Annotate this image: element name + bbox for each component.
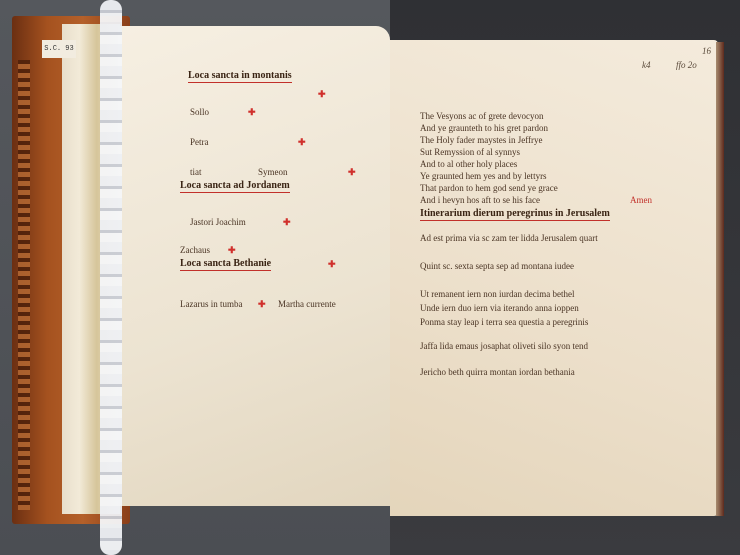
shelfmark-label: S.C. 93 — [42, 40, 76, 58]
prose-heading: Itinerarium dierum peregrinus in Jerusal… — [420, 208, 610, 221]
left-page: Loca sancta in montanis Sollo Petra tiat… — [118, 26, 390, 506]
folio-mark: ffo 2o — [676, 60, 697, 70]
cover-tooling — [18, 60, 30, 510]
cross-icon: ✚ — [328, 258, 336, 270]
cross-icon: ✚ — [298, 136, 306, 148]
verse-line: The Holy fader maystes in Jeffrye — [420, 134, 543, 146]
cross-icon: ✚ — [258, 298, 266, 310]
prose-line: Quint sc. sexta septa sep ad montana iud… — [420, 260, 574, 272]
verse-line: That pardon to hem god send ye grace — [420, 182, 558, 194]
line: Petra — [190, 136, 209, 148]
prose-line: Ad est prima via sc zam ter lidda Jerusa… — [420, 232, 598, 244]
verse-line: And ye graunteth to his gret pardon — [420, 122, 548, 134]
cross-icon: ✚ — [248, 106, 256, 118]
verse-line: The Vesyons ac of grete devocyon — [420, 110, 544, 122]
heading: Loca sancta Bethanie — [180, 258, 271, 271]
verse-line: And to al other holy places — [420, 158, 517, 170]
prose-line: Jericho beth quirra montan iordan bethan… — [420, 366, 575, 378]
heading: Loca sancta ad Jordanem — [180, 180, 290, 193]
prose-line: Ponma stay leap i terra sea questia a pe… — [420, 316, 588, 328]
line: Symeon — [258, 166, 288, 178]
prose-line: Ut remanent iern non iurdan decima bethe… — [420, 288, 574, 300]
book-edge — [716, 42, 724, 516]
line: Sollo — [190, 106, 209, 118]
amen: Amen — [630, 194, 652, 206]
line: tiat — [190, 166, 202, 178]
line: Lazarus in tumba — [180, 298, 242, 310]
verse-line: And i hevyn hos aft to se his face — [420, 194, 540, 206]
line: Martha currente — [278, 298, 336, 310]
prose-line: Unde iern duo iern via iterando anna iop… — [420, 302, 579, 314]
cross-icon: ✚ — [318, 88, 326, 100]
line: Zachaus — [180, 244, 210, 256]
cross-icon: ✚ — [348, 166, 356, 178]
cross-icon: ✚ — [283, 216, 291, 228]
line: Jastori Joachim — [190, 216, 246, 228]
ribbon-bookmark — [100, 0, 122, 555]
right-page: k4 ffo 2o 16 The Vesyons ac of grete dev… — [390, 40, 718, 516]
folio-mark: k4 — [642, 60, 651, 70]
prose-line: Jaffa lida emaus josaphat oliveti silo s… — [420, 340, 588, 352]
folio-number: 16 — [702, 46, 711, 56]
heading: Loca sancta in montanis — [188, 70, 292, 83]
verse-line: Ye graunted hem yes and by lettyrs — [420, 170, 547, 182]
cross-icon: ✚ — [228, 244, 236, 256]
verse-line: Sut Remyssion of al synnys — [420, 146, 520, 158]
